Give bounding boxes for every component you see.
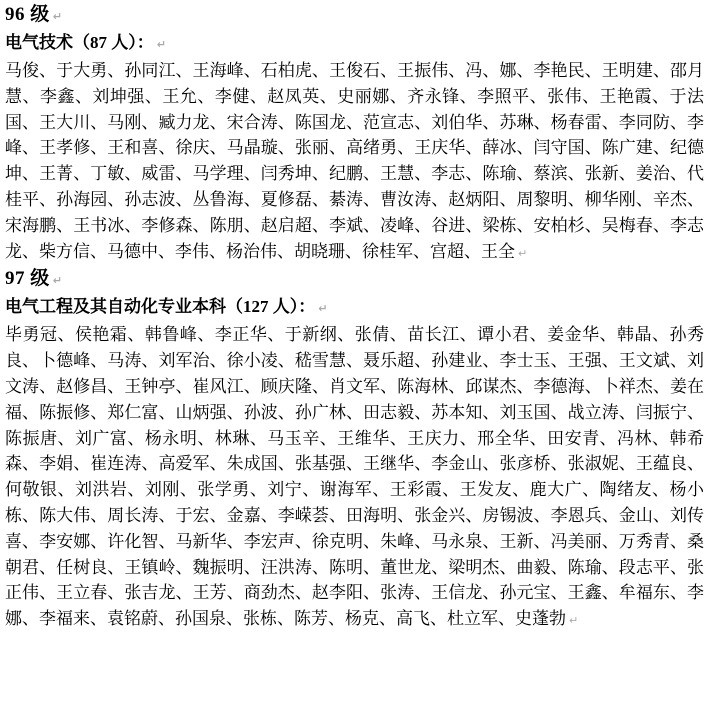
grade-97-heading: 97 级↵ [5, 266, 704, 294]
document-page: 96 级↵ 电气技术（87 人）：↵ 马俊、于大勇、孙同江、王海峰、石柏虎、王俊… [0, 0, 709, 707]
paragraph-mark-icon: ↵ [157, 38, 166, 51]
grade-97-heading-text: 97 级 [5, 268, 50, 289]
grade-96-heading-text: 96 级 [5, 4, 50, 25]
names-list-97: 毕勇冠、侯艳霜、韩鲁峰、李正华、于新纲、张倩、苗长江、谭小君、姜金华、韩晶、孙秀… [5, 322, 704, 634]
section-grade-96: 96 级↵ 电气技术（87 人）：↵ 马俊、于大勇、孙同江、王海峰、石柏虎、王俊… [5, 2, 704, 266]
paragraph-mark-icon: ↵ [518, 247, 527, 260]
paragraph-mark-icon: ↵ [569, 614, 578, 627]
program-97-heading-text: 电气工程及其自动化专业本科（127 人）： [5, 297, 315, 316]
program-97-heading: 电气工程及其自动化专业本科（127 人）：↵ [5, 294, 704, 322]
paragraph-mark-icon: ↵ [53, 274, 63, 287]
program-96-heading: 电气技术（87 人）：↵ [5, 30, 704, 58]
program-96-heading-text: 电气技术（87 人）： [5, 33, 154, 52]
paragraph-mark-icon: ↵ [53, 10, 63, 23]
paragraph-mark-icon: ↵ [318, 302, 327, 315]
names-list-96: 马俊、于大勇、孙同江、王海峰、石柏虎、王俊石、王振伟、冯、娜、李艳民、王明建、邵… [5, 58, 704, 266]
section-grade-97: 97 级↵ 电气工程及其自动化专业本科（127 人）：↵ 毕勇冠、侯艳霜、韩鲁峰… [5, 266, 704, 634]
names-list-96-text: 马俊、于大勇、孙同江、王海峰、石柏虎、王俊石、王振伟、冯、娜、李艳民、王明建、邵… [5, 61, 704, 261]
grade-96-heading: 96 级↵ [5, 2, 704, 30]
names-list-97-text: 毕勇冠、侯艳霜、韩鲁峰、李正华、于新纲、张倩、苗长江、谭小君、姜金华、韩晶、孙秀… [5, 325, 704, 628]
